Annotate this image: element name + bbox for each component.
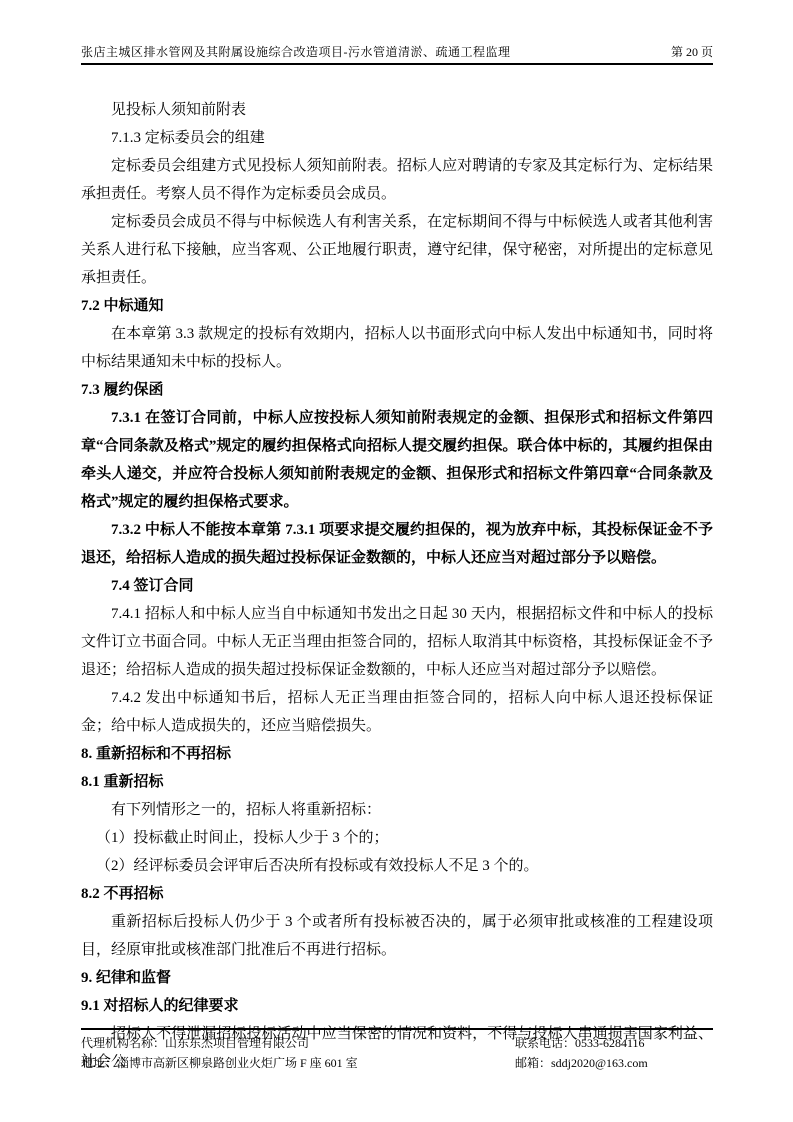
header-page-number: 第 20 页: [671, 44, 713, 60]
para-7-4-2: 7.4.2 发出中标通知书后，招标人无正当理由拒签合同的，招标人向中标人退还投标…: [81, 684, 713, 740]
para-award-notice: 在本章第 3.3 款规定的投标有效期内，招标人以书面形式向中标人发出中标通知书，…: [81, 320, 713, 376]
document-page: 张店主城区排水管网及其附属设施综合改造项目-污水管道清淤、疏通工程监理 第 20…: [0, 0, 793, 1122]
contact-phone: 联系电话：0533-6284116: [515, 1033, 713, 1053]
list-item-2: （2）经评标委员会评审后否决所有投标或有效投标人不足 3 个的。: [81, 852, 713, 880]
heading-9-discipline: 9. 纪律和监督: [81, 964, 713, 992]
para-rebid-conditions-intro: 有下列情形之一的，招标人将重新招标：: [81, 796, 713, 824]
heading-7-2-award-notice: 7.2 中标通知: [81, 292, 713, 320]
para-committee-formation: 定标委员会组建方式见投标人须知前附表。招标人应对聘请的专家及其定标行为、定标结果…: [81, 152, 713, 208]
heading-9-1-tenderer-rules: 9.1 对招标人的纪律要求: [81, 992, 713, 1020]
page-header: 张店主城区排水管网及其附属设施综合改造项目-污水管道清淤、疏通工程监理 第 20…: [81, 44, 713, 65]
header-project-title: 张店主城区排水管网及其附属设施综合改造项目-污水管道清淤、疏通工程监理: [81, 44, 511, 60]
contact-email: 邮箱：sddj2020@163.com: [515, 1053, 713, 1073]
para-7-3-2: 7.3.2 中标人不能按本章第 7.3.1 项要求提交履约担保的，视为放弃中标，…: [81, 516, 713, 572]
agency-address: 地址：淄博市高新区柳泉路创业火炬广场 F 座 601 室: [81, 1053, 515, 1073]
document-body: 见投标人须知前附表 7.1.3 定标委员会的组建 定标委员会组建方式见投标人须知…: [81, 96, 713, 1076]
heading-8-2-no-rebid: 8.2 不再招标: [81, 880, 713, 908]
para-no-rebid: 重新招标后投标人仍少于 3 个或者所有投标被否决的，属于必须审批或核准的工程建设…: [81, 908, 713, 964]
heading-7-1-3: 7.1.3 定标委员会的组建: [81, 124, 713, 152]
list-item-1: （1）投标截止时间止，投标人少于 3 个的；: [81, 824, 713, 852]
footer-row-2: 地址：淄博市高新区柳泉路创业火炬广场 F 座 601 室 邮箱：sddj2020…: [81, 1053, 713, 1073]
page-footer: 代理机构名称：山东东杰项目管理有限公司 联系电话：0533-6284116 地址…: [81, 1028, 713, 1073]
footer-row-1: 代理机构名称：山东东杰项目管理有限公司 联系电话：0533-6284116: [81, 1033, 713, 1053]
heading-8-rebid: 8. 重新招标和不再招标: [81, 740, 713, 768]
para-7-4-1: 7.4.1 招标人和中标人应当自中标通知书发出之日起 30 天内，根据招标文件和…: [81, 600, 713, 684]
para-committee-conduct: 定标委员会成员不得与中标候选人有利害关系，在定标期间不得与中标候选人或者其他利害…: [81, 208, 713, 292]
heading-8-1-rebid: 8.1 重新招标: [81, 768, 713, 796]
para-7-3-1: 7.3.1 在签订合同前，中标人应按投标人须知前附表规定的金额、担保形式和招标文…: [81, 404, 713, 516]
heading-7-3-performance-bond: 7.3 履约保函: [81, 376, 713, 404]
agency-name: 代理机构名称：山东东杰项目管理有限公司: [81, 1033, 515, 1053]
heading-7-4-sign-contract: 7.4 签订合同: [81, 572, 713, 600]
ref-note-line: 见投标人须知前附表: [81, 96, 713, 124]
